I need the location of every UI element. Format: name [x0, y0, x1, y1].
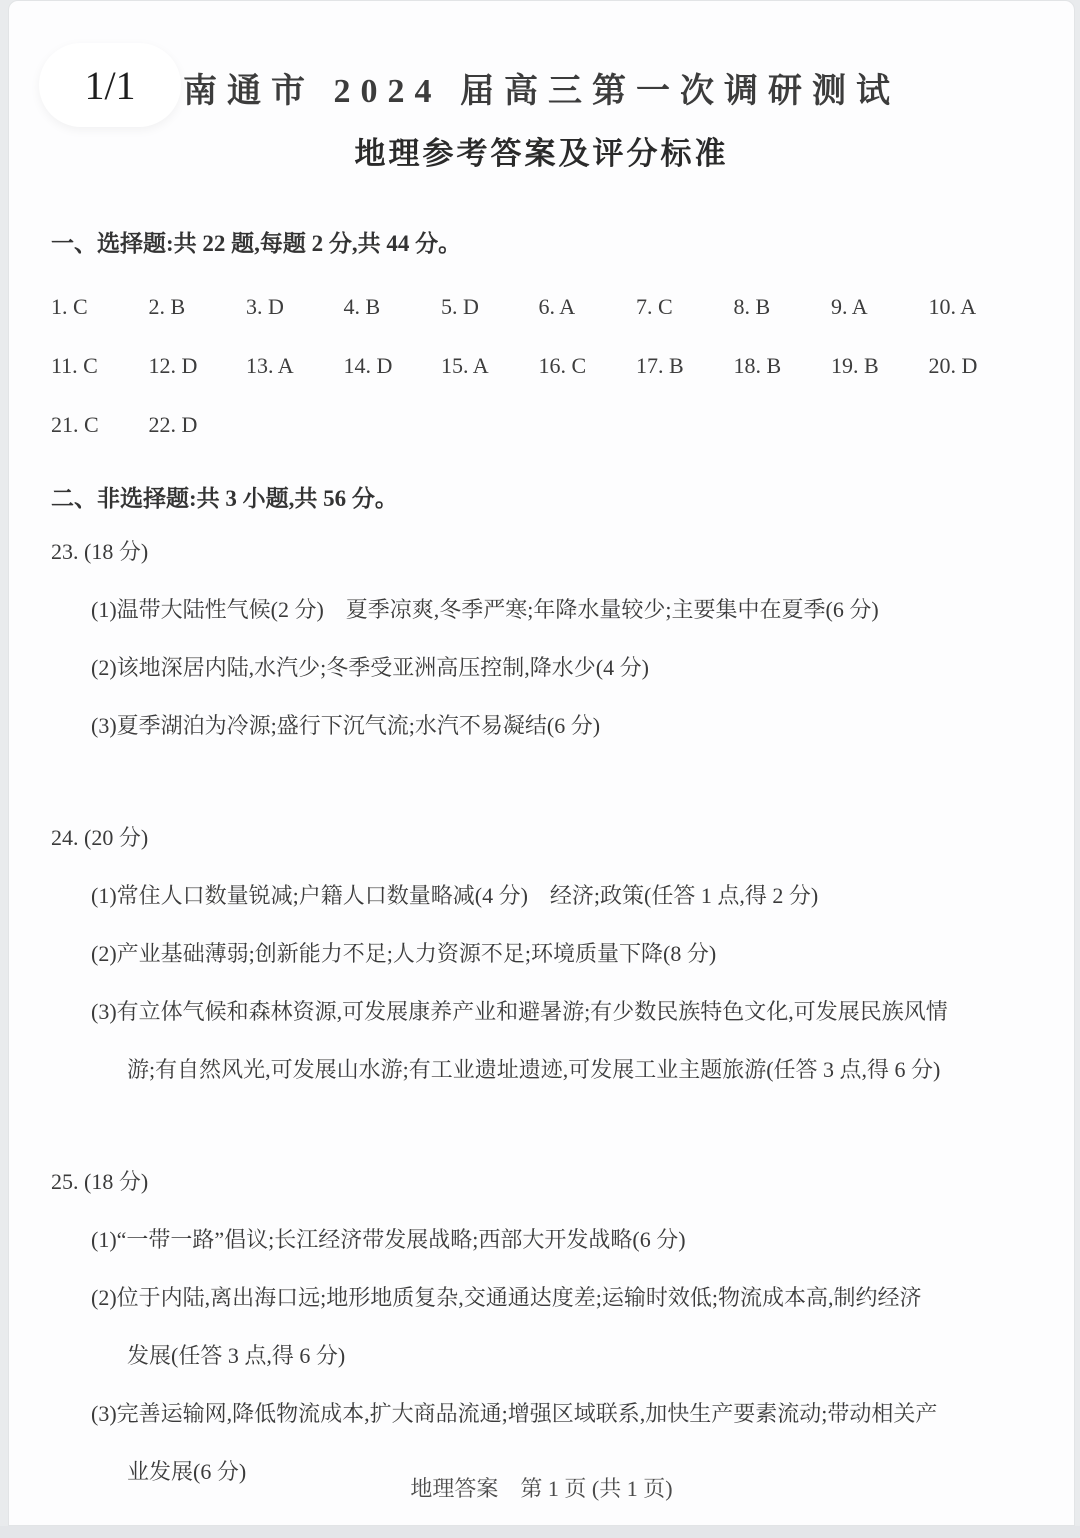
answer-item: 13. A [246, 353, 344, 379]
question-23: 23. (18 分) (1)温带大陆性气候(2 分) 夏季凉爽,冬季严寒;年降水… [51, 539, 1026, 739]
answer-item: 4. B [344, 294, 442, 320]
answer-item: 5. D [441, 294, 539, 320]
page-footer: 地理答案 第 1 页 (共 1 页) [9, 1472, 1074, 1503]
answer-item: 14. D [344, 353, 442, 379]
answer-line-continuation: 发展(任答 3 点,得 6 分) [51, 1343, 1026, 1369]
answer-item: 15. A [441, 353, 539, 379]
question-label: 24. (20 分) [51, 825, 1026, 851]
page-indicator-text: 1/1 [84, 62, 135, 109]
answer-item: 21. C [51, 412, 149, 438]
answer-line: (3)完善运输网,降低物流成本,扩大商品流通;增强区域联系,加快生产要素流动;带… [51, 1401, 1026, 1427]
question-label: 25. (18 分) [51, 1169, 1026, 1195]
answer-item: 20. D [929, 353, 1027, 379]
answer-item: 22. D [149, 412, 247, 438]
answer-item: 6. A [539, 294, 637, 320]
answer-item: 12. D [149, 353, 247, 379]
answer-line: (2)产业基础薄弱;创新能力不足;人力资源不足;环境质量下降(8 分) [51, 941, 1026, 967]
section-choice-heading: 一、选择题:共 22 题,每题 2 分,共 44 分。 [51, 225, 1026, 258]
answer-item: 3. D [246, 294, 344, 320]
answer-grid: 1. C 2. B 3. D 4. B 5. D 6. A 7. C 8. B … [51, 294, 1026, 438]
question-24: 24. (20 分) (1)常住人口数量锐减;户籍人口数量略减(4 分) 经济;… [51, 825, 1026, 1083]
answer-line: (2)该地深居内陆,水汽少;冬季受亚洲高压控制,降水少(4 分) [51, 655, 1026, 681]
answer-line: (3)有立体气候和森林资源,可发展康养产业和避暑游;有少数民族特色文化,可发展民… [51, 999, 1026, 1025]
question-label: 23. (18 分) [51, 539, 1026, 565]
document-content: 一、选择题:共 22 题,每题 2 分,共 44 分。 1. C 2. B 3.… [9, 225, 1074, 1485]
page-indicator-badge: 1/1 [39, 43, 181, 127]
doc-subtitle: 地理参考答案及评分标准 [9, 128, 1074, 173]
answer-item: 18. B [734, 353, 832, 379]
answer-item: 7. C [636, 294, 734, 320]
answer-item: 16. C [539, 353, 637, 379]
answer-item: 2. B [149, 294, 247, 320]
document-page: 1/1 南通市 2024 届高三第一次调研测试 地理参考答案及评分标准 一、选择… [8, 0, 1075, 1526]
answer-line: (1)温带大陆性气候(2 分) 夏季凉爽,冬季严寒;年降水量较少;主要集中在夏季… [51, 597, 1026, 623]
answer-item: 8. B [734, 294, 832, 320]
answer-item: 9. A [831, 294, 929, 320]
answer-item: 19. B [831, 353, 929, 379]
answer-item: 11. C [51, 353, 149, 379]
answer-line: (3)夏季湖泊为冷源;盛行下沉气流;水汽不易凝结(6 分) [51, 713, 1026, 739]
answer-line: (2)位于内陆,离出海口远;地形地质复杂,交通通达度差;运输时效低;物流成本高,… [51, 1285, 1026, 1311]
answer-line: (1)“一带一路”倡议;长江经济带发展战略;西部大开发战略(6 分) [51, 1227, 1026, 1253]
question-25: 25. (18 分) (1)“一带一路”倡议;长江经济带发展战略;西部大开发战略… [51, 1169, 1026, 1485]
page-outside-background [0, 1526, 1080, 1538]
answer-item: 17. B [636, 353, 734, 379]
section-free-response-heading: 二、非选择题:共 3 小题,共 56 分。 [51, 480, 1026, 513]
answer-line-continuation: 游;有自然风光,可发展山水游;有工业遗址遗迹,可发展工业主题旅游(任答 3 点,… [51, 1057, 1026, 1083]
answer-line: (1)常住人口数量锐减;户籍人口数量略减(4 分) 经济;政策(任答 1 点,得… [51, 883, 1026, 909]
answer-item: 10. A [929, 294, 1027, 320]
answer-item: 1. C [51, 294, 149, 320]
